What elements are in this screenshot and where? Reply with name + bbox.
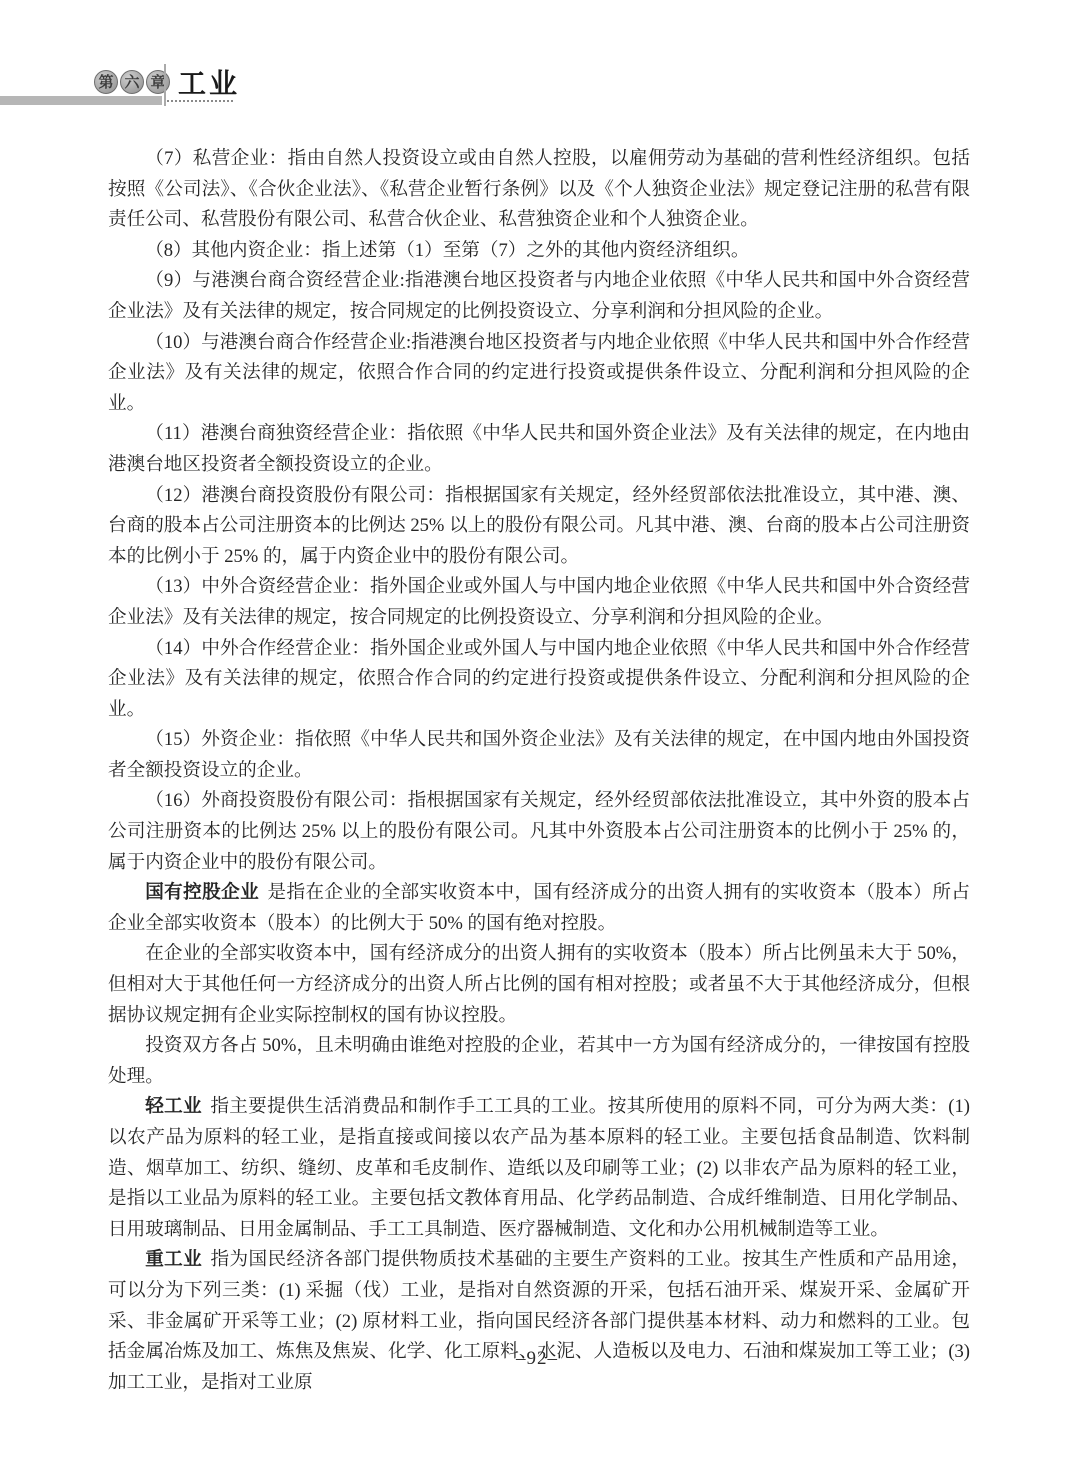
chapter-char-circle: 章 bbox=[146, 70, 170, 94]
paragraph-relative-holding: 在企业的全部实收资本中，国有经济成分的出资人拥有的实收资本（股本）所占比例虽未大… bbox=[108, 939, 970, 1031]
term-state-holding-enterprise: 国有控股企业 bbox=[145, 882, 259, 903]
paragraph-state-holding: 国有控股企业是指在企业的全部实收资本中，国有经济成分的出资人拥有的实收资本（股本… bbox=[108, 878, 970, 939]
paragraph-11: （11）港澳台商独资经营企业：指依照《中华人民共和国外资企业法》及有关法律的规定… bbox=[108, 419, 970, 480]
paragraph-7: （7）私营企业：指由自然人投资设立或由自然人控股，以雇佣劳动为基础的营利性经济组… bbox=[108, 144, 970, 236]
paragraph-10: （10）与港澳台商合作经营企业:指港澳台地区投资者与内地企业依照《中华人民共和国… bbox=[108, 328, 970, 420]
title-dotted-underline bbox=[167, 100, 233, 102]
chapter-char-circle: 第 bbox=[94, 70, 118, 94]
chapter-title: 工业 bbox=[178, 62, 240, 102]
paragraph-8: （8）其他内资企业：指上述第（1）至第（7）之外的其他内资经济组织。 bbox=[108, 236, 970, 267]
paragraph-15: （15）外资企业：指依照《中华人民共和国外资企业法》及有关法律的规定，在中国内地… bbox=[108, 725, 970, 786]
page-number: –92– bbox=[0, 1348, 1074, 1370]
paragraph-14: （14）中外合作经营企业：指外国企业或外国人与中国内地企业依照《中华人民共和国中… bbox=[108, 634, 970, 726]
term-light-industry: 轻工业 bbox=[145, 1096, 202, 1117]
paragraph-16: （16）外商投资股份有限公司：指根据国家有关规定，经外经贸部依法批准设立，其中外… bbox=[108, 786, 970, 878]
paragraph-heavy-industry: 重工业指为国民经济各部门提供物质技术基础的主要生产资料的工业。按其生产性质和产品… bbox=[108, 1245, 970, 1398]
body-text: （7）私营企业：指由自然人投资设立或由自然人控股，以雇佣劳动为基础的营利性经济组… bbox=[108, 144, 970, 1398]
chapter-char-circle: 六 bbox=[120, 70, 144, 94]
paragraph-9: （9）与港澳台商合资经营企业:指港澳台地区投资者与内地企业依照《中华人民共和国中… bbox=[108, 266, 970, 327]
term-heavy-industry: 重工业 bbox=[145, 1249, 202, 1270]
header-vertical-rule bbox=[164, 64, 166, 106]
chapter-badge: 第 六 章 bbox=[94, 70, 170, 94]
paragraph-13: （13）中外合资经营企业：指外国企业或外国人与中国内地企业依照《中华人民共和国中… bbox=[108, 572, 970, 633]
header-gray-bar bbox=[0, 96, 162, 105]
document-page: 第 六 章 工业 （7）私营企业：指由自然人投资设立或由自然人控股，以雇佣劳动为… bbox=[0, 0, 1074, 1458]
paragraph-fifty-fifty: 投资双方各占 50%，且未明确由谁绝对控股的企业，若其中一方为国有经济成分的，一… bbox=[108, 1031, 970, 1092]
paragraph-light-industry: 轻工业指主要提供生活消费品和制作手工工具的工业。按其所使用的原料不同，可分为两大… bbox=[108, 1092, 970, 1245]
paragraph-12: （12）港澳台商投资股份有限公司：指根据国家有关规定，经外经贸部依法批准设立，其… bbox=[108, 481, 970, 573]
